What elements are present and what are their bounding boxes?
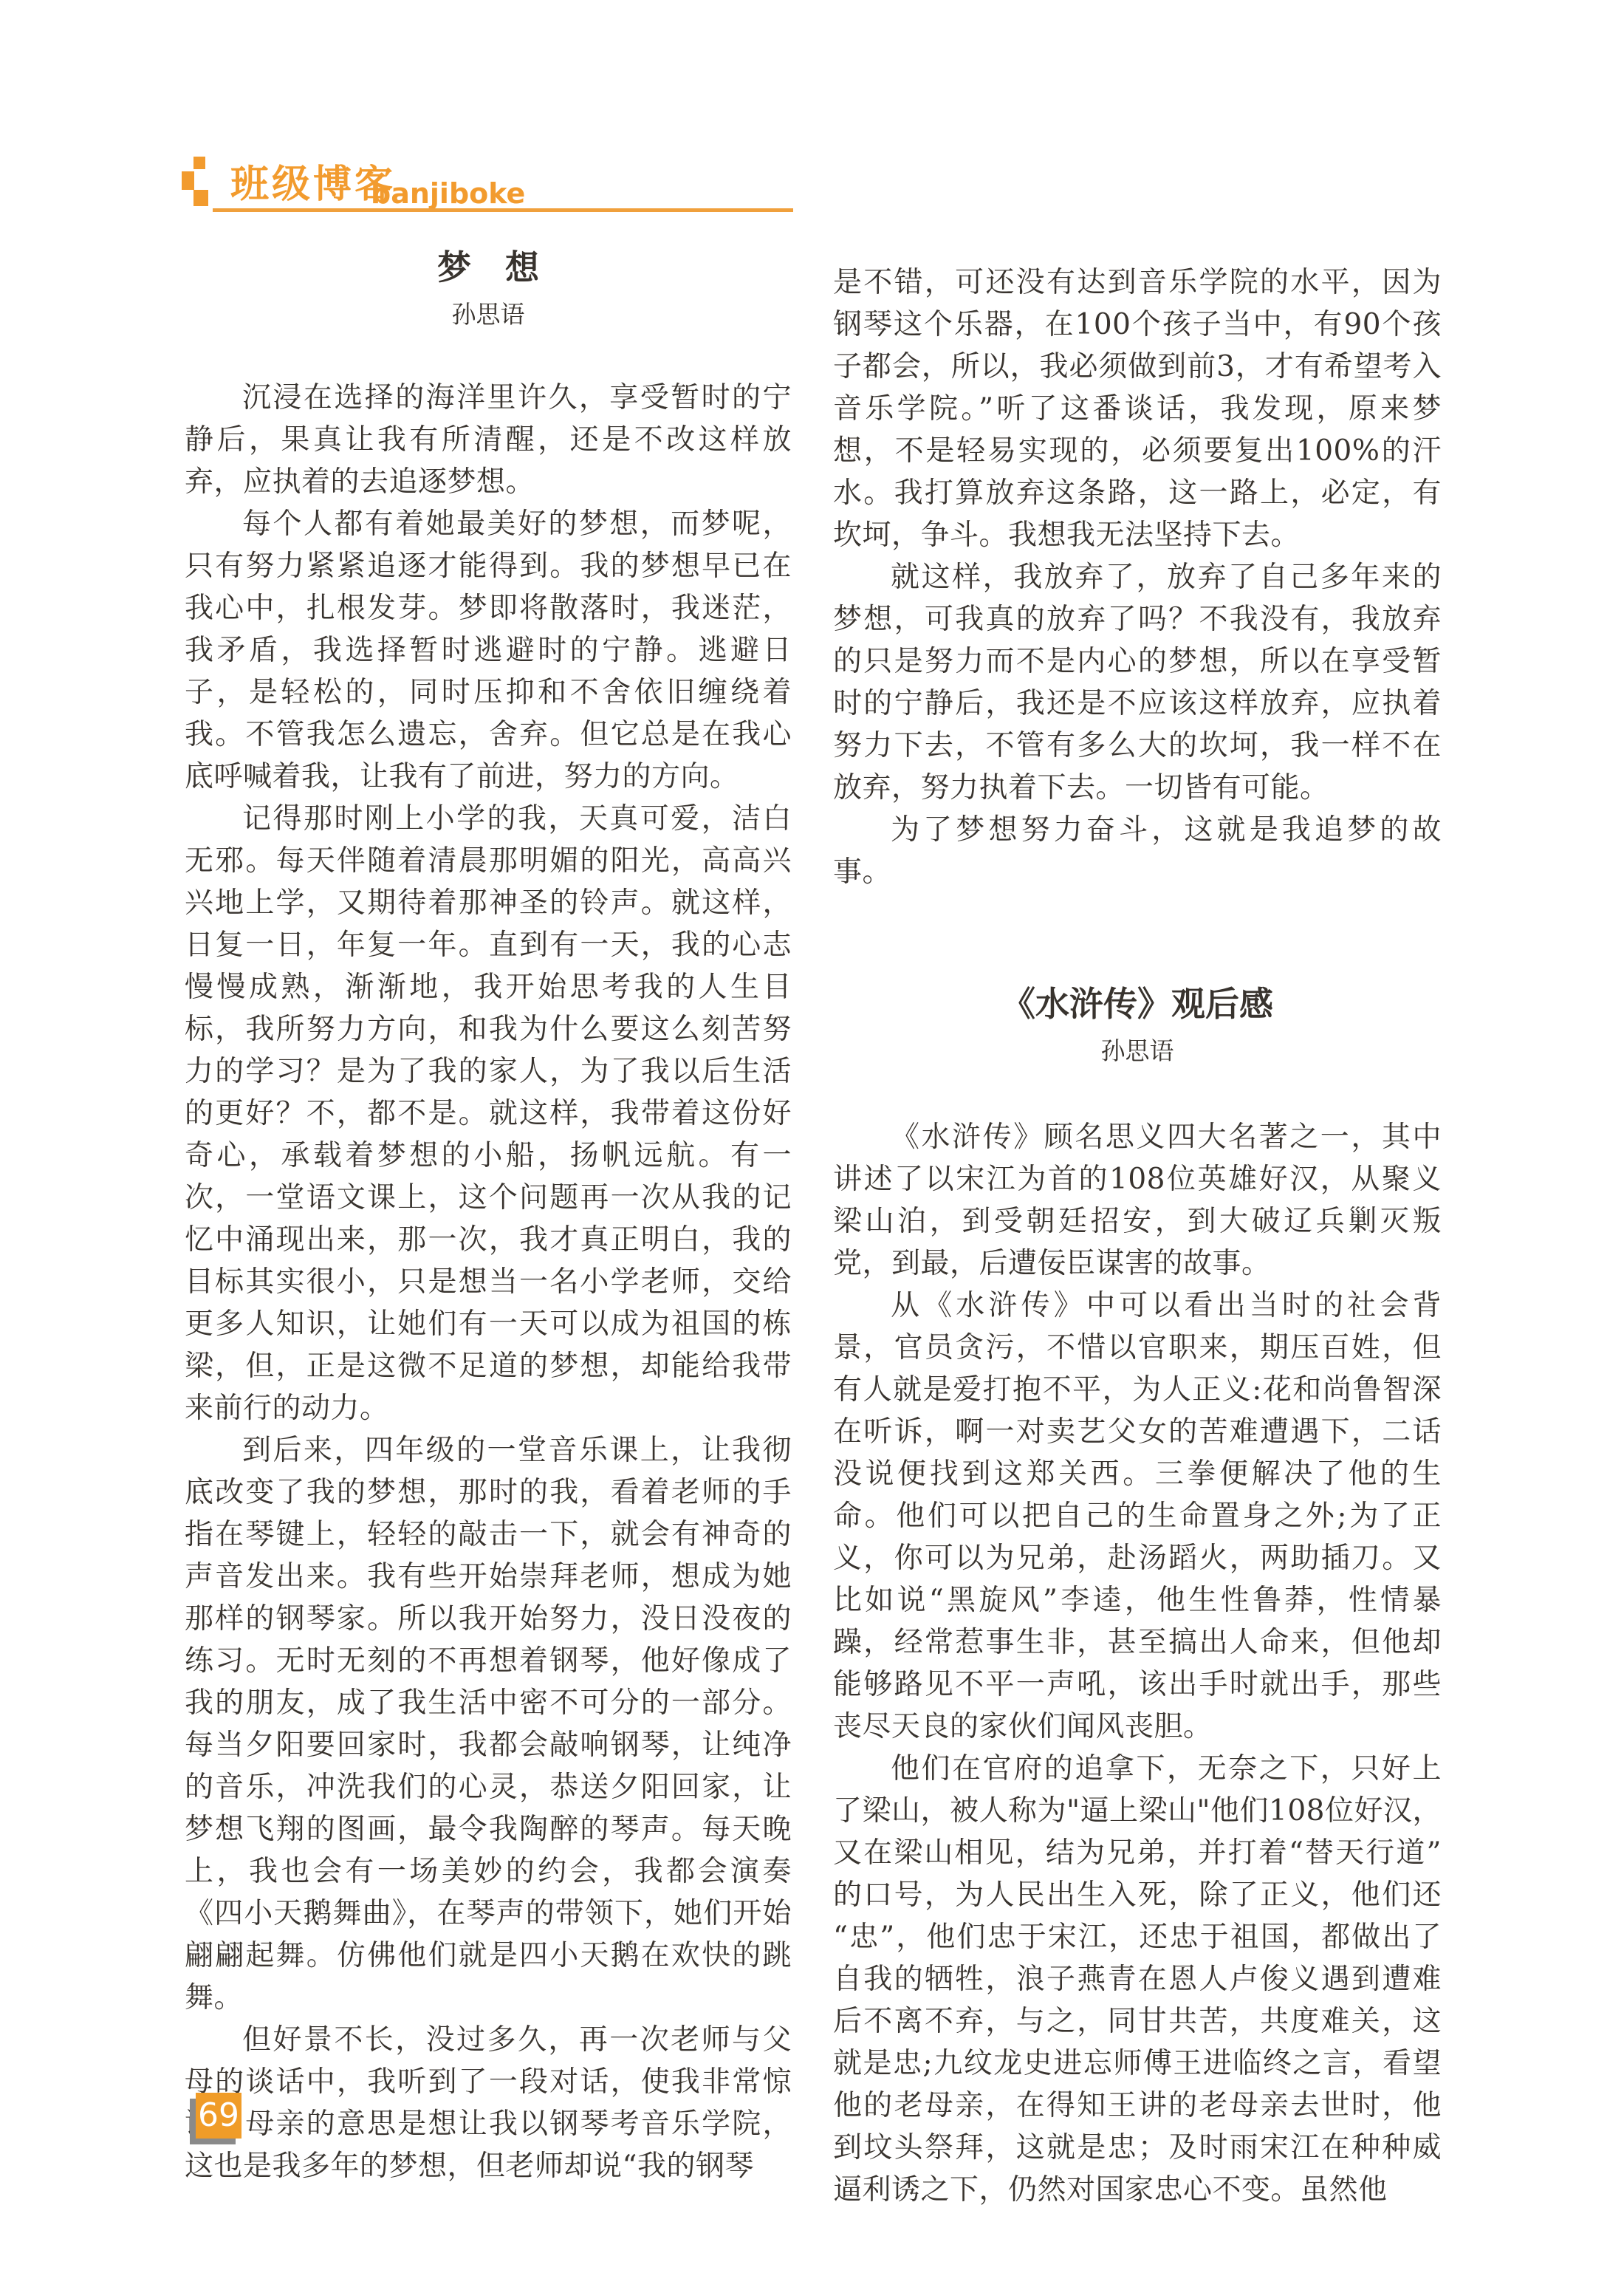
article-paragraph: 为了梦想努力奋斗，这就是我追梦的故事。	[833, 809, 1442, 893]
logo-square-icon	[182, 171, 194, 190]
left-column: 梦 想 孙思语 沉浸在选择的海洋里许久，享受暂时的宁静后，果真让我有所清醒，还是…	[185, 244, 792, 2187]
article-paragraph: 就这样，我放弃了，放弃了自己多年来的梦想，可我真的放弃了吗？不我没有，我放弃的只…	[833, 556, 1442, 809]
article2-title: 《水浒传》观后感	[833, 980, 1442, 1028]
article-paragraph: 《水浒传》顾名思义四大名著之一，其中讲述了以宋江为首的108位英雄好汉，从聚义梁…	[833, 1116, 1442, 1285]
article1-author: 孙思语	[185, 298, 792, 331]
logo-square-icon	[193, 190, 208, 206]
logo-square-icon	[193, 157, 205, 169]
article-paragraph: 但好景不长，没过多久，再一次老师与父母的谈话中，我听到了一段对话，使我非常惊讶！…	[185, 2019, 792, 2187]
article1-title: 梦 想	[185, 244, 792, 291]
article-paragraph: 记得那时刚上小学的我，天真可爱，洁白无邪。每天伴随着清晨那明媚的阳光，高高兴兴地…	[185, 798, 792, 1429]
article-paragraph: 到后来，四年级的一堂音乐课上，让我彻底改变了我的梦想，那时的我，看着老师的手指在…	[185, 1429, 792, 2019]
section-title-pinyin: banjiboke	[371, 179, 525, 208]
article2-header: 《水浒传》观后感 孙思语	[833, 980, 1442, 1067]
right-column: 是不错，可还没有达到音乐学院的水平，因为钢琴这个乐器，在100个孩子当中，有90…	[833, 244, 1442, 2211]
article-paragraph-continuation: 是不错，可还没有达到音乐学院的水平，因为钢琴这个乐器，在100个孩子当中，有90…	[833, 261, 1442, 556]
article-paragraph: 从《水浒传》中可以看出当时的社会背景，官员贪污，不惜以官职来，期压百姓，但有人就…	[833, 1285, 1442, 1748]
article-paragraph: 每个人都有着她最美好的梦想，而梦呢，只有努力紧紧追逐才能得到。我的梦想早已在我心…	[185, 503, 792, 798]
article-paragraph: 他们在官府的追拿下，无奈之下，只好上了梁山，被人称为"逼上梁山"他们108位好汉…	[833, 1748, 1442, 2211]
magazine-page: 班级博客 banjiboke 梦 想 孙思语 沉浸在选择的海洋里许久，享受暂时的…	[0, 0, 1624, 2270]
article2-author: 孙思语	[833, 1035, 1442, 1067]
article-paragraph: 沉浸在选择的海洋里许久，享受暂时的宁静后，果真让我有所清醒，还是不改这样放弃，应…	[185, 377, 792, 503]
page-number-badge: 69	[196, 2093, 241, 2139]
header-underline	[213, 208, 793, 212]
